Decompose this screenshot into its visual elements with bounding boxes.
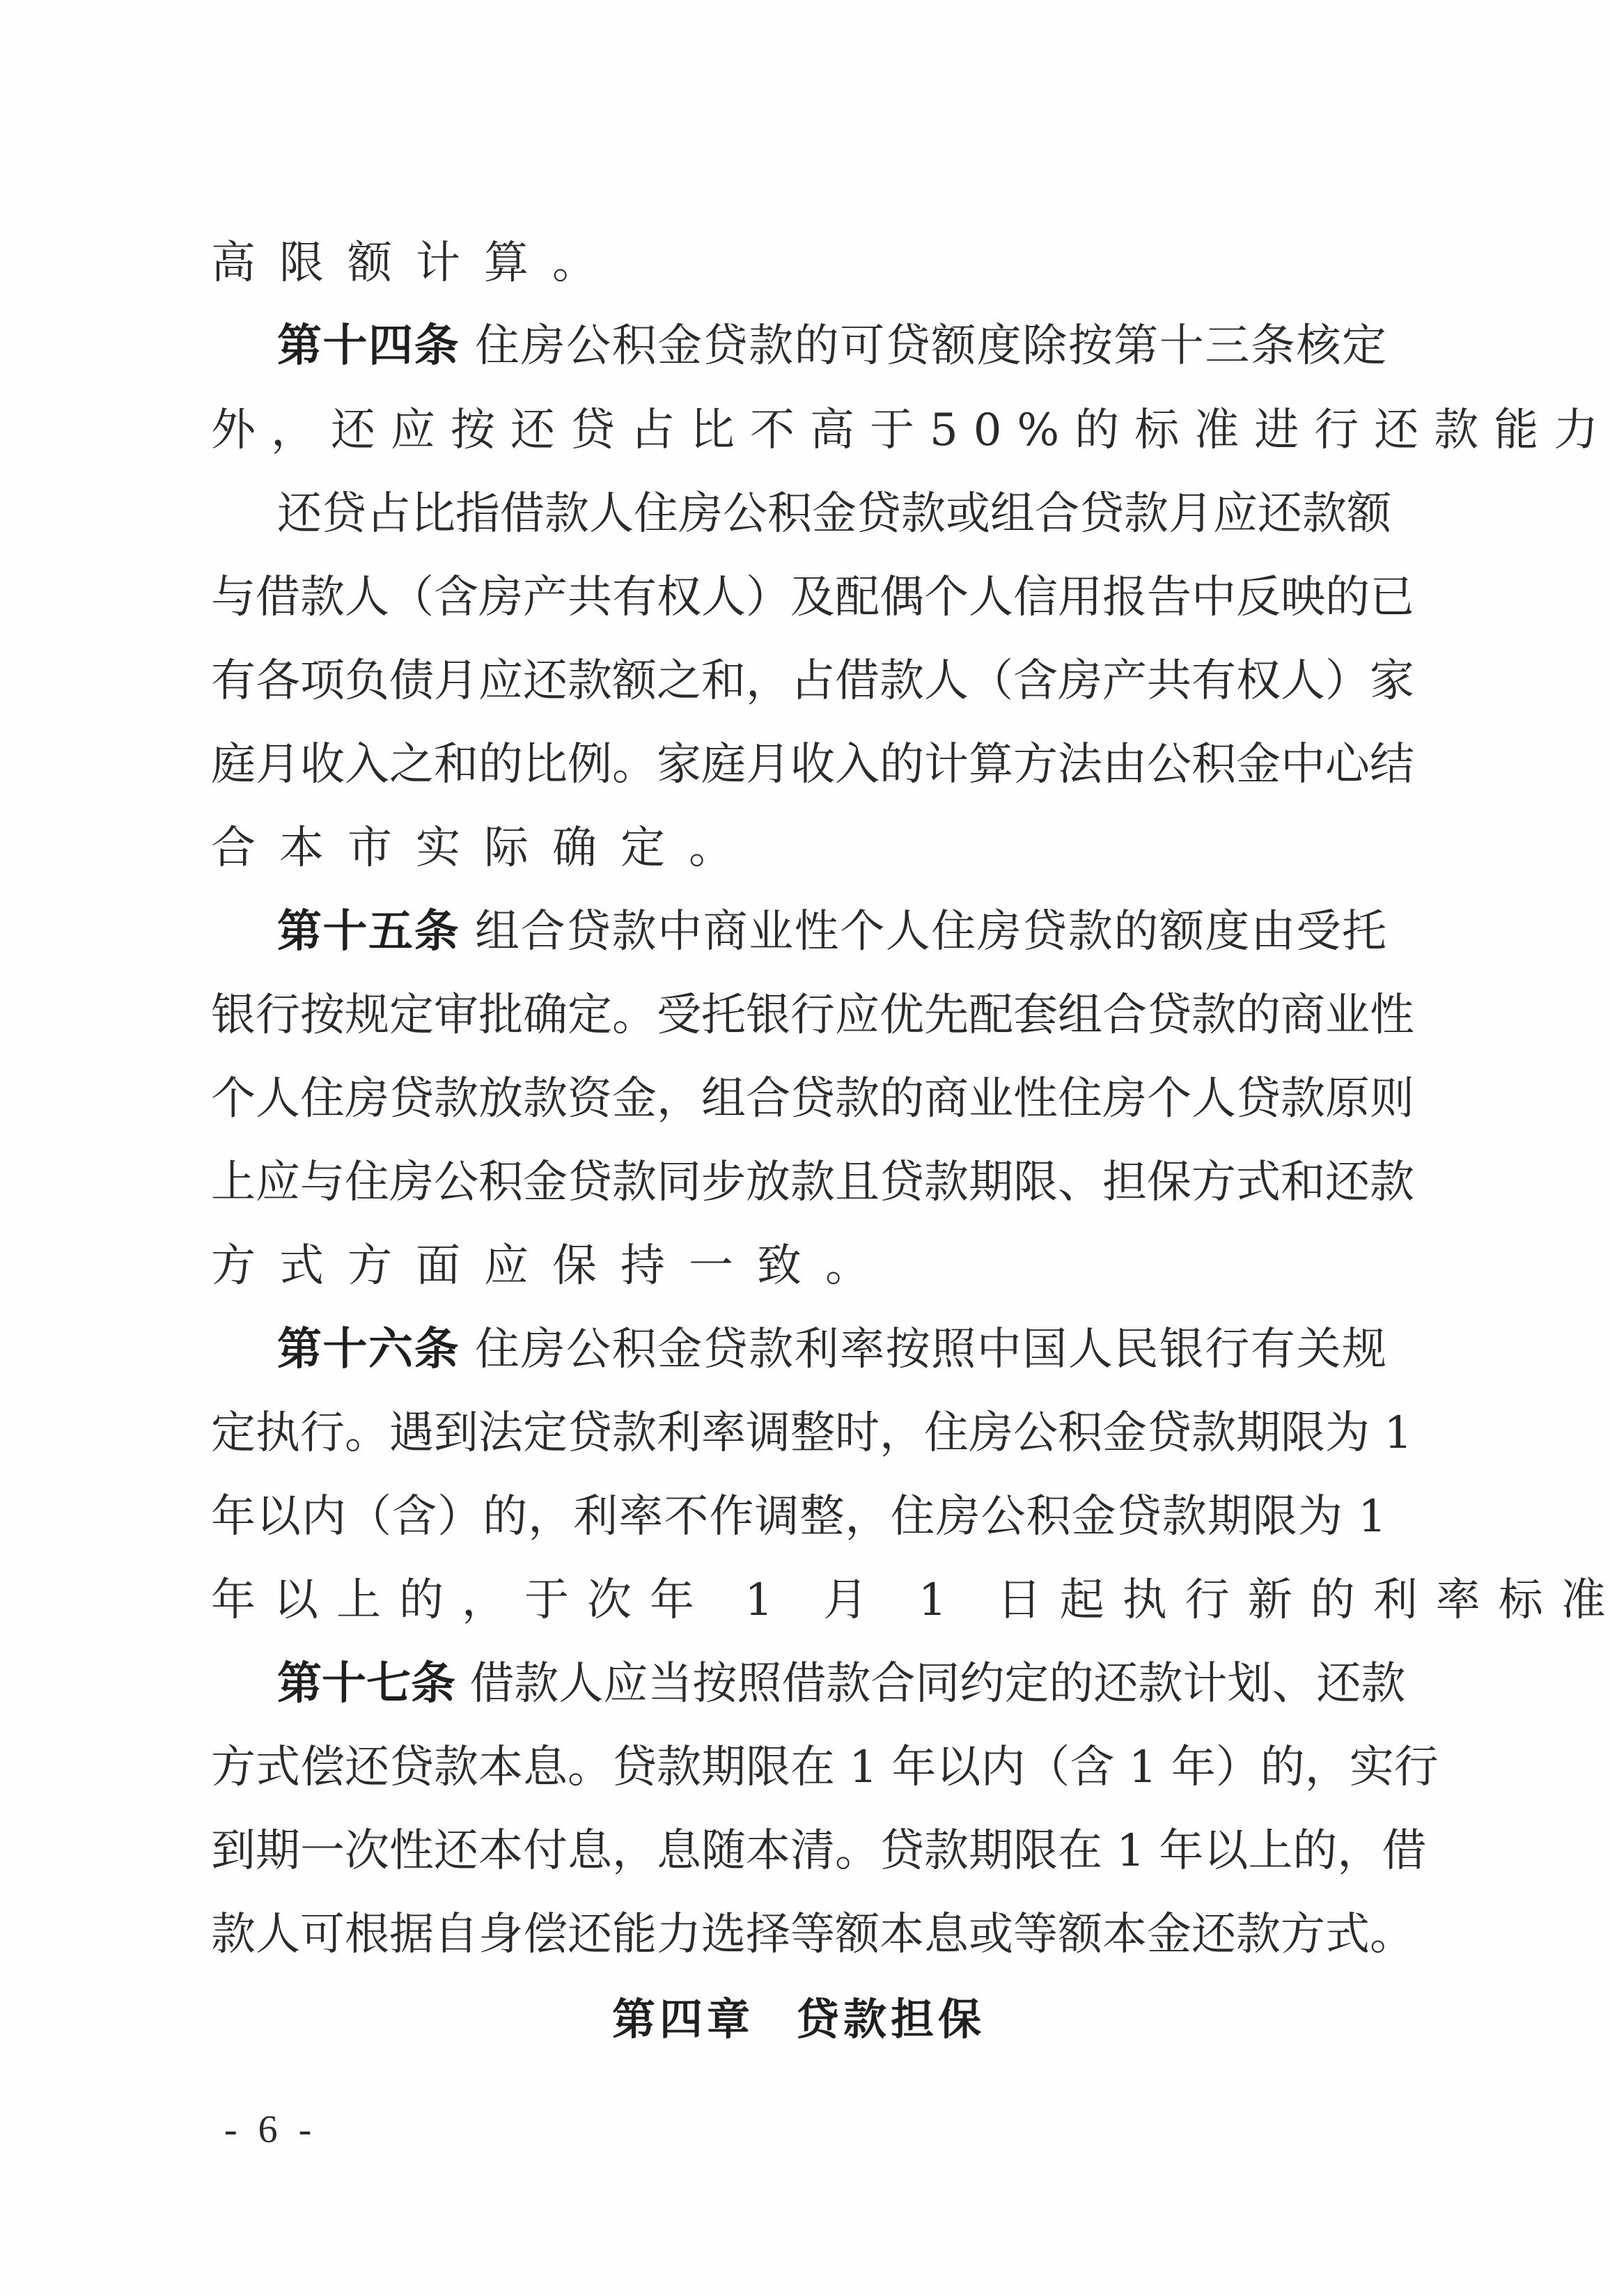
- line-text: 年以内（含）的，利率不作调整，住房公积金贷款期限为 1: [211, 1491, 1386, 1543]
- text-line: 上应与住房公积金贷款同步放款且贷款期限、担保方式和还款: [211, 1141, 1386, 1224]
- article-number: 第十六条: [277, 1324, 460, 1375]
- line-text: 方式方面应保持一致。: [211, 1240, 893, 1292]
- text-line: 年以上的，于次年 1 月 1 日起执行新的利率标准。: [211, 1559, 1386, 1642]
- text-line: 银行按规定审批确定。受托银行应优先配套组合贷款的商业性: [211, 974, 1386, 1057]
- article-15-line: 第十五条 组合贷款中商业性个人住房贷款的额度由受托: [277, 890, 1386, 974]
- article-16-line: 第十六条 住房公积金贷款利率按照中国人民银行有关规: [277, 1308, 1386, 1391]
- article-17-line: 第十七条 借款人应当按照借款合同约定的还款计划、还款: [277, 1642, 1386, 1726]
- line-text: 上应与住房公积金贷款同步放款且贷款期限、担保方式和还款: [211, 1157, 1414, 1208]
- article-number: 第十五条: [277, 906, 460, 958]
- line-text: 组合贷款中商业性个人住房贷款的额度由受托: [475, 906, 1386, 958]
- text-line: 方式方面应保持一致。: [211, 1224, 1386, 1308]
- page-number: - 6 -: [224, 2109, 317, 2150]
- line-text: 还贷占比指借款人住房公积金贷款或组合贷款月应还款额: [277, 488, 1391, 540]
- line-text: 住房公积金贷款的可贷额度除按第十三条核定: [475, 320, 1386, 372]
- line-text: 住房公积金贷款利率按照中国人民银行有关规: [475, 1324, 1386, 1375]
- line-text: 款人可根据自身偿还能力选择等额本息或等额本金还款方式。: [211, 1909, 1414, 1960]
- chapter-number: 第四章: [612, 1994, 754, 2045]
- text-line: 还贷占比指借款人住房公积金贷款或组合贷款月应还款额: [277, 472, 1386, 556]
- text-line: 与借款人（含房产共有权人）及配偶个人信用报告中反映的已: [211, 556, 1386, 639]
- line-text: 有各项负债月应还款额之和，占借款人（含房产共有权人）家: [211, 655, 1414, 707]
- article-number: 第十七条: [277, 1658, 455, 1710]
- chapter-title: 贷款担保: [796, 1994, 985, 2045]
- text-line: 外，还应按还贷占比不高于50%的标准进行还款能力测算。: [211, 389, 1386, 472]
- text-line: 个人住房贷款放款资金，组合贷款的商业性住房个人贷款原则: [211, 1057, 1386, 1141]
- line-text: 方式偿还贷款本息。贷款期限在 1 年以内（含 1 年）的，实行: [211, 1742, 1439, 1793]
- line-text: 与借款人（含房产共有权人）及配偶个人信用报告中反映的已: [211, 572, 1414, 623]
- line-text: 银行按规定审批确定。受托银行应优先配套组合贷款的商业性: [211, 990, 1414, 1041]
- text-line: 有各项负债月应还款额之和，占借款人（含房产共有权人）家: [211, 639, 1386, 723]
- document-page: 高限额计算。 第十四条 住房公积金贷款的可贷额度除按第十三条核定 外，还应按还贷…: [0, 0, 1610, 2296]
- line-text: 高限额计算。: [211, 237, 620, 289]
- line-text: 年以上的，于次年 1 月 1 日起执行新的利率标准。: [211, 1575, 1610, 1626]
- text-line: 定执行。遇到法定贷款利率调整时，住房公积金贷款期限为 1: [211, 1391, 1386, 1475]
- text-line: 高限额计算。: [211, 221, 1386, 305]
- text-line: 庭月收入之和的比例。家庭月收入的计算方法由公积金中心结: [211, 723, 1386, 806]
- text-line: 合本市实际确定。: [211, 806, 1386, 890]
- text-line: 方式偿还贷款本息。贷款期限在 1 年以内（含 1 年）的，实行: [211, 1726, 1386, 1809]
- line-text: 借款人应当按照借款合同约定的还款计划、还款: [469, 1658, 1405, 1710]
- article-14-line: 第十四条 住房公积金贷款的可贷额度除按第十三条核定: [277, 304, 1386, 388]
- line-text: 外，还应按还贷占比不高于50%的标准进行还款能力测算。: [211, 405, 1610, 456]
- line-text: 庭月收入之和的比例。家庭月收入的计算方法由公积金中心结: [211, 739, 1414, 790]
- text-line: 年以内（含）的，利率不作调整，住房公积金贷款期限为 1: [211, 1475, 1386, 1559]
- line-text: 定执行。遇到法定贷款利率调整时，住房公积金贷款期限为 1: [211, 1407, 1412, 1459]
- chapter-heading: 第四章贷款担保: [211, 1978, 1386, 2061]
- line-text: 到期一次性还本付息，息随本清。贷款期限在 1 年以上的，借: [211, 1825, 1426, 1877]
- text-line: 款人可根据自身偿还能力选择等额本息或等额本金还款方式。: [211, 1893, 1386, 1976]
- line-text: 个人住房贷款放款资金，组合贷款的商业性住房个人贷款原则: [211, 1073, 1414, 1125]
- line-text: 合本市实际确定。: [211, 822, 757, 874]
- article-number: 第十四条: [277, 320, 460, 372]
- text-line: 到期一次性还本付息，息随本清。贷款期限在 1 年以上的，借: [211, 1809, 1386, 1893]
